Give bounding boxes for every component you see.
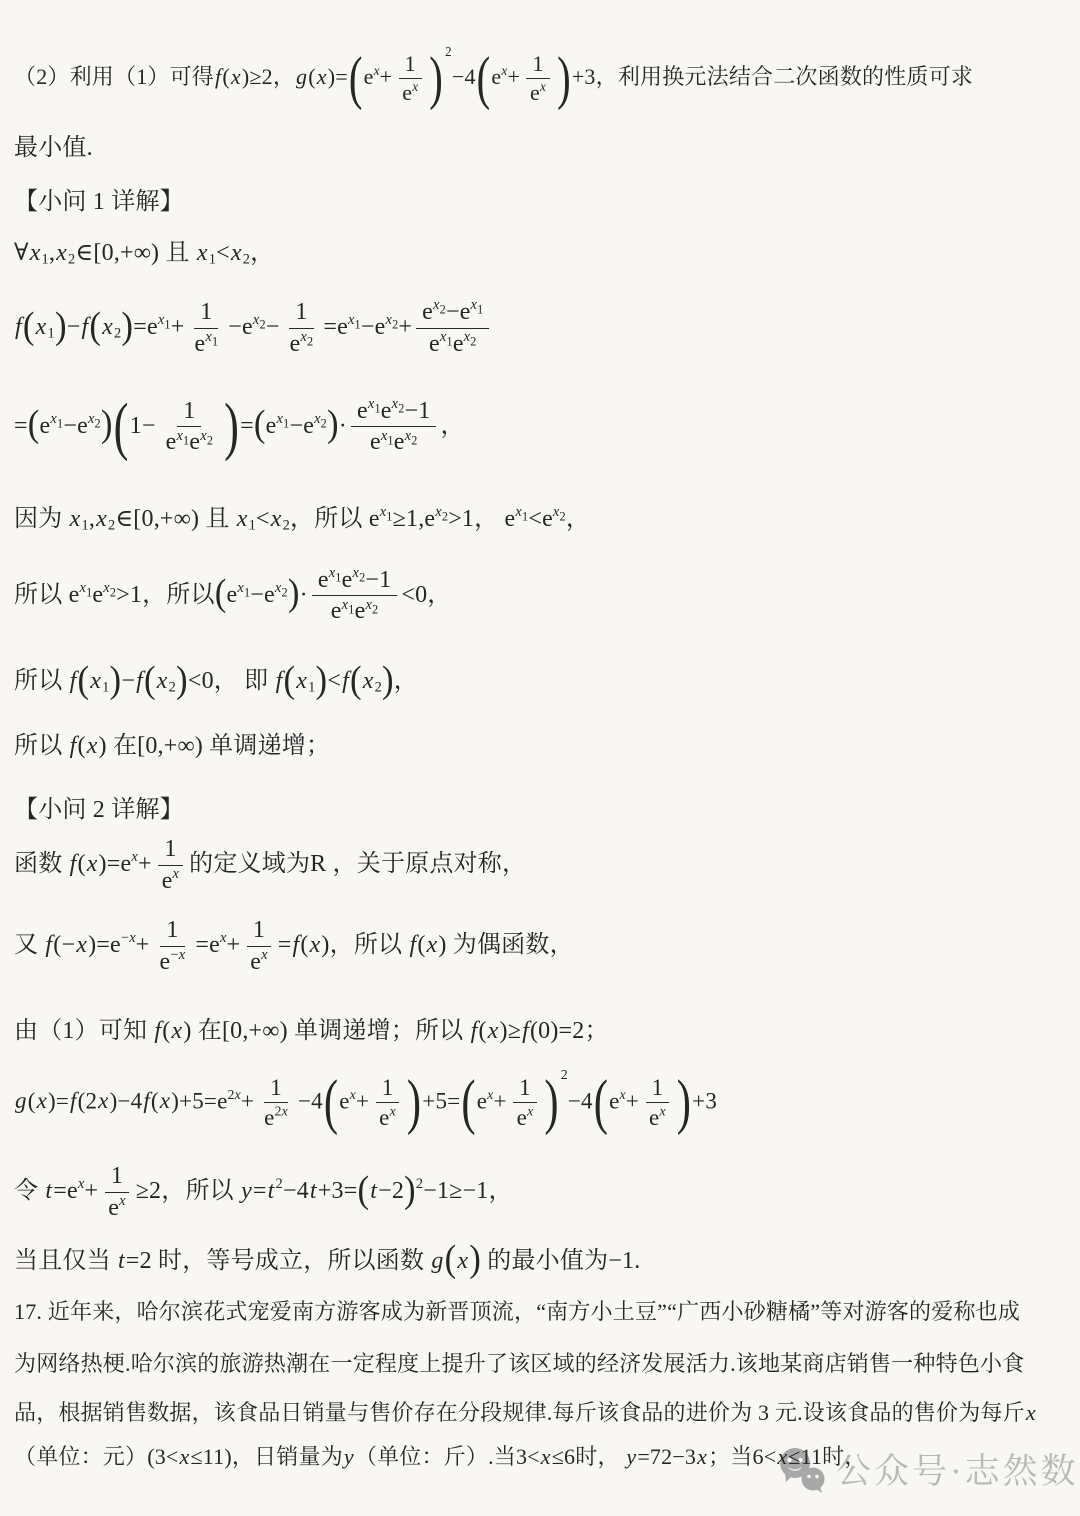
math-token: x (173, 866, 180, 882)
math-token: 在[0,+∞) 单调递增；所以 (192, 1018, 470, 1044)
math-token: x (160, 1088, 170, 1113)
math-token: − (361, 314, 375, 340)
denominator: ex1ex2 (423, 329, 483, 360)
fraction: 1ex (511, 1073, 540, 1133)
math-token: x1 (342, 597, 355, 613)
math-token: x2 (300, 329, 313, 345)
math-token: , (49, 240, 55, 266)
math-token: f (292, 932, 299, 958)
denominator: ex (156, 866, 185, 897)
denominator: ex (102, 1193, 131, 1224)
math-token: x (157, 668, 168, 694)
math-token: x (103, 580, 110, 596)
solution-line: 函数 f(x)=ex+1ex的定义域为R ，关于原点对称， (14, 834, 1068, 897)
big-right-paren: ) (557, 58, 571, 99)
math-token: 的定义域为R ，关于原点对称， (189, 851, 526, 877)
math-token: x2 (392, 396, 405, 412)
big-right-paren: ) (382, 665, 394, 695)
big-right-paren: ) (288, 578, 300, 608)
numerator: 1 (376, 1073, 400, 1104)
math-token: e (67, 1178, 78, 1204)
math-token: x (237, 506, 248, 532)
math-token: x2 (405, 428, 418, 444)
math-token: e (460, 299, 471, 325)
math-token: − (67, 314, 81, 340)
numerator: ex1ex2−1 (312, 565, 398, 597)
math-token: x (275, 580, 282, 596)
math-token: − (121, 668, 135, 694)
numerator: 1 (177, 396, 201, 428)
math-token: )= (99, 851, 121, 877)
math-token: e (453, 331, 464, 357)
math-token: +5= (422, 1088, 460, 1113)
math-token: x (540, 79, 546, 94)
math-token: x1 (205, 329, 218, 345)
math-token: 2 (243, 251, 250, 267)
big-left-paren: ( (254, 409, 266, 439)
method-note-line-1: （2）利用（1）可得f(x)≥2，g(x)=(ex+1ex)2−4(ex+1ex… (14, 50, 1068, 108)
numerator: 1 (160, 915, 184, 947)
math-token: e (266, 412, 277, 438)
problem-17-line: 品，根据销售数据，该食品日销量与售价存在分段规律.每斤该食品的进价为 3 元.设… (14, 1398, 1068, 1428)
math-token: ， (250, 240, 274, 266)
math-token: e (609, 1088, 619, 1113)
math-token: 1 (209, 251, 216, 267)
math-token: x (119, 1193, 126, 1209)
math-token: < (528, 506, 542, 532)
math-token: x (1026, 1400, 1036, 1425)
math-token: = (240, 412, 254, 438)
solution-line: 所以 f(x1)−f(x2)<0， 即 f(x1)<f(x2)， (14, 665, 1068, 697)
solution-line: ∀x1,x2∈[0,+∞) 且 x1<x2， (14, 237, 1068, 269)
fraction: 1ex1ex2 (160, 396, 220, 459)
math-token: x (296, 668, 307, 694)
math-token: <0， 即 (188, 668, 275, 694)
math-token: + (171, 314, 185, 340)
math-token: 1 (295, 299, 307, 325)
math-token: 1 (48, 325, 55, 341)
denominator: ex (511, 1103, 540, 1133)
big-left-paren: ( (89, 310, 101, 340)
math-token: 2 (276, 1176, 283, 1192)
math-token: 1 (183, 398, 195, 424)
math-token: x (88, 411, 95, 427)
math-token: x (70, 506, 81, 532)
fraction: ex1ex2−1ex1ex2 (312, 565, 398, 628)
solution-line: 所以 ex1ex2>1，所以(ex1−ex2)·ex1ex2−1ex1ex2<0… (14, 565, 1068, 628)
big-right-paren: ) (544, 1081, 558, 1124)
math-token: t (118, 1248, 125, 1274)
numerator: 1 (289, 297, 313, 329)
math-token: e (290, 331, 301, 357)
numerator: 1 (194, 297, 218, 329)
document-page: 公众号·志然数 （2）利用（1）可得f(x)≥2，g(x)=(ex+1ex)2−… (0, 0, 1080, 1516)
numerator: 1 (105, 1161, 129, 1193)
math-token: e (69, 581, 80, 607)
math-token: 最小值. (14, 135, 93, 161)
math-token: 由（1）可知 (14, 1018, 153, 1044)
numerator: 1 (247, 915, 271, 947)
math-token: = (278, 932, 292, 958)
math-token: e (491, 64, 501, 89)
math-token: < (256, 506, 270, 532)
math-token: ) (438, 932, 446, 958)
math-token: − (170, 947, 178, 963)
math-token: ，所以 (330, 932, 409, 958)
big-left-paren: ( (350, 665, 362, 695)
fraction: ex1ex2−1ex1ex2 (351, 396, 437, 459)
math-token: g (431, 1248, 443, 1274)
math-token: x2 (275, 580, 288, 596)
math-token: − (228, 314, 242, 340)
math-token: +3，利用换元法结合二次函数的性质可求 (572, 64, 973, 89)
math-token: e (342, 567, 353, 593)
math-token: x (363, 668, 374, 694)
denominator: ex (524, 79, 552, 107)
math-token: 2 (307, 334, 313, 348)
math-token: x1 (237, 580, 250, 596)
math-token: e (250, 949, 261, 975)
math-token: 1 (519, 1075, 531, 1100)
math-token: f (471, 1018, 478, 1044)
big-left-paren: ( (77, 665, 89, 695)
math-token: x (220, 930, 227, 946)
math-token: x2 (464, 329, 477, 345)
math-token: e (108, 1195, 119, 1221)
big-left-paren: ( (283, 665, 295, 695)
denominator: ex (244, 947, 273, 978)
math-token: e (242, 314, 253, 340)
math-token: , (89, 506, 95, 532)
fraction: 1ex1 (189, 297, 225, 360)
math-token: ) (321, 932, 329, 958)
fraction: 1ex (643, 1073, 672, 1133)
denominator: ex (643, 1103, 672, 1133)
math-token: e (217, 1088, 227, 1113)
math-token: x (200, 428, 207, 444)
math-token: =2 时，等号成立，所以函数 (126, 1248, 431, 1274)
math-token: − (266, 314, 280, 340)
math-token: e (517, 1105, 527, 1130)
fraction: ex2−ex1ex1ex2 (416, 297, 489, 360)
big-right-paren: ) (327, 409, 339, 439)
math-token: x (515, 504, 522, 520)
math-token: − (289, 412, 303, 438)
math-token: )+5= (171, 1088, 217, 1113)
math-token: 1 (111, 1163, 123, 1189)
math-token: f (136, 668, 143, 694)
big-left-paren: ( (215, 578, 227, 608)
math-token: −4 (568, 1088, 593, 1113)
math-token: 2 (372, 602, 378, 616)
math-token: x (76, 932, 87, 958)
math-token: 2 (114, 325, 121, 341)
math-token: x (348, 312, 355, 328)
math-token: x (56, 240, 67, 266)
math-token: x1 (380, 504, 393, 520)
math-token: 2x (228, 1087, 241, 1102)
math-token: x2 (314, 411, 327, 427)
math-token: x2 (433, 297, 446, 313)
math-token: f (15, 314, 22, 340)
math-token: x (220, 930, 227, 946)
math-token: 所以 (14, 668, 69, 694)
math-token: x (435, 504, 442, 520)
math-token: + (398, 314, 412, 340)
math-token: x (98, 1088, 108, 1113)
math-token: −4 (283, 1178, 309, 1204)
math-token: e (77, 412, 88, 438)
math-token: ( (417, 932, 425, 958)
math-token: ；当6< (708, 1444, 776, 1469)
math-token: e (477, 1088, 487, 1113)
math-token: −x (121, 930, 136, 946)
math-token: f (154, 1018, 161, 1044)
big-right-paren: ) (407, 1081, 421, 1124)
math-token: x (659, 1104, 665, 1119)
math-token: x (197, 240, 208, 266)
math-token: 1 (249, 518, 256, 534)
math-token: x (171, 1018, 182, 1044)
math-token: + (507, 64, 520, 89)
math-token: x (412, 79, 418, 94)
fraction: 1e−x (154, 915, 192, 978)
math-token: e (429, 331, 440, 357)
math-token: x (237, 580, 244, 596)
math-token: + (356, 1088, 369, 1113)
problem-17-line: （单位：元）(3<x≤11)，日销量为y（单位：斤）.当3<x≤6时， y=72… (14, 1442, 1068, 1472)
math-token: 2 (169, 680, 176, 696)
math-token: x (553, 504, 560, 520)
denominator: ex (373, 1103, 402, 1133)
math-token: −x (170, 947, 185, 963)
solution-lines: （2）利用（1）可得f(x)≥2，g(x)=(ex+1ex)2−4(ex+1ex… (0, 0, 1080, 1472)
math-token: x (131, 849, 138, 865)
math-token: e (339, 1088, 349, 1113)
math-token: x1 (471, 297, 484, 313)
math-token: e (375, 314, 386, 340)
math-token: e (264, 1105, 274, 1130)
math-token: e (364, 64, 374, 89)
math-token: x (777, 1444, 787, 1469)
math-token: e (166, 429, 177, 455)
math-token: t (45, 1178, 52, 1204)
math-token: −4 (298, 1088, 323, 1113)
math-token: 1 (164, 836, 176, 862)
math-token: y (344, 1444, 354, 1469)
solution-line: =(ex1−ex2)(1−1ex1ex2)=(ex1−ex2)·ex1ex2−1… (14, 396, 1068, 459)
math-token: f (45, 932, 52, 958)
math-token: 1 (652, 1075, 664, 1100)
fraction: 1ex (524, 50, 552, 108)
math-token: x (310, 932, 321, 958)
math-token: x (90, 668, 101, 694)
math-token: = (133, 314, 147, 340)
math-token: e (147, 314, 158, 340)
math-token: e (227, 581, 238, 607)
math-token: f (215, 64, 221, 89)
denominator: ex1ex2 (325, 596, 385, 627)
math-token: ∈[0,+∞) 且 (75, 240, 195, 266)
math-token: x2 (553, 504, 566, 520)
big-left-paren: ( (445, 1244, 457, 1274)
denominator: ex1ex2 (364, 427, 424, 458)
denominator: ex (396, 79, 424, 107)
math-token: (2 (78, 1088, 98, 1113)
denominator: ex1 (189, 329, 225, 360)
math-token: x (390, 1104, 396, 1119)
math-token: x1 (50, 411, 63, 427)
math-token: x (659, 1104, 665, 1119)
big-right-paren: ) (121, 310, 133, 340)
math-token: x (412, 79, 418, 94)
math-token: = (323, 314, 337, 340)
math-token: ) (99, 733, 107, 759)
math-token: (0)=2； (530, 1018, 609, 1044)
math-token: f (70, 851, 77, 877)
math-token: f (522, 1018, 529, 1044)
math-token: x (427, 932, 438, 958)
math-token: f (342, 668, 349, 694)
math-token: ， (566, 506, 590, 532)
math-token: x (317, 64, 327, 89)
math-token: e (379, 1105, 389, 1130)
math-token: >1， (448, 506, 504, 532)
math-token: · (339, 412, 347, 438)
numerator: 1 (513, 1073, 537, 1104)
math-token: 1 (477, 302, 483, 316)
big-right-paren: ) (316, 665, 328, 695)
math-token: = (195, 932, 209, 958)
math-token: x2 (88, 411, 101, 427)
big-left-paren: ( (357, 1175, 369, 1205)
math-token: ( (300, 932, 308, 958)
math-token: 1 (382, 1075, 394, 1100)
math-token: + (626, 1088, 639, 1113)
section-heading-q2: 【小问 2 详解】 (14, 794, 1068, 826)
math-token: t (370, 1178, 377, 1204)
math-token: f (70, 733, 77, 759)
math-token: t (268, 1178, 275, 1204)
math-token: 品，根据销售数据，该食品日销量与售价存在分段规律.每斤该食品的进价为 3 元.设… (14, 1400, 1025, 1425)
math-token: ，所以 (290, 506, 369, 532)
math-token: 又 (14, 932, 44, 958)
math-token: + (380, 64, 393, 89)
method-note-line-2: 最小值. (14, 132, 1068, 164)
math-token: 2 (470, 334, 476, 348)
big-left-paren: ( (28, 409, 40, 439)
math-token: x1 (368, 396, 381, 412)
math-token: x2 (103, 580, 116, 596)
math-token: x (261, 947, 268, 963)
math-token: x (282, 1104, 288, 1119)
math-token: )≥ (500, 1018, 522, 1044)
section-heading-q1: 【小问 1 详解】 (14, 186, 1068, 218)
math-token: e (92, 581, 103, 607)
math-token: − (63, 412, 77, 438)
math-token: 【小问 1 详解】 (14, 189, 184, 215)
math-token: 1− (130, 412, 156, 438)
math-token: g (15, 1088, 27, 1113)
solution-line: f(x1)−f(x2)=ex1+1ex1−ex2−1ex2=ex1−ex2+ex… (14, 297, 1068, 360)
math-token: ≤6时， (552, 1444, 626, 1469)
numerator: ex2−ex1 (416, 297, 489, 329)
math-token: 1 (212, 334, 218, 348)
math-token: x (102, 314, 113, 340)
math-token: ( (28, 1088, 36, 1113)
math-token: e (337, 314, 348, 340)
math-token: e (370, 429, 381, 455)
math-token: (− (53, 932, 75, 958)
solution-line: 因为 x1,x2∈[0,+∞) 且 x1<x2，所以 ex1≥1,ex2>1， … (14, 503, 1068, 535)
math-token: +3 (692, 1088, 717, 1113)
math-token: 2 (275, 1104, 282, 1119)
math-token: （单位：斤）.当3< (355, 1444, 540, 1469)
math-token: −4 (452, 64, 476, 89)
math-token: f (81, 314, 88, 340)
solution-line: 又 f(−x)=e−x+1e−x=ex+1ex=f(x)，所以 f(x) 为偶函… (14, 915, 1068, 978)
math-token: 【小问 2 详解】 (14, 797, 184, 823)
math-token: x (129, 930, 136, 946)
math-token: ， (440, 412, 464, 438)
math-token: e (381, 398, 392, 424)
math-token: 17. 近年来，哈尔滨花式宠爱南方游客成为新晋顶流，“南方小土豆”“广西小砂糖橘… (14, 1299, 1020, 1324)
math-token: x (87, 851, 98, 877)
math-token: f (409, 932, 416, 958)
math-token: )−4 (110, 1088, 143, 1113)
solution-line: 当且仅当 t=2 时，等号成立，所以函数 g(x) 的最小值为−1. (14, 1245, 1068, 1277)
math-token: ( (77, 851, 85, 877)
problem-17-line: 17. 近年来，哈尔滨花式宠爱南方游客成为新晋顶流，“南方小土豆”“广西小砂糖橘… (14, 1297, 1068, 1327)
math-token: e (303, 412, 314, 438)
fraction: 1ex (396, 50, 424, 108)
math-token: = (14, 412, 28, 438)
math-token: e (394, 429, 405, 455)
math-token: f (70, 1088, 77, 1113)
math-token: ， (394, 668, 418, 694)
big-left-paren: ( (594, 1081, 608, 1124)
big-right-paren: ) (429, 58, 443, 99)
math-token: 2 (411, 433, 417, 447)
math-token: +3= (318, 1178, 358, 1204)
math-token: 2x (275, 1104, 288, 1119)
math-token: + (493, 1088, 506, 1113)
math-token: e (649, 1105, 659, 1130)
math-token: x (180, 1444, 190, 1469)
math-token: e (505, 506, 516, 532)
math-token: 的最小值为−1. (481, 1248, 640, 1274)
math-token: ( (151, 1088, 159, 1113)
numerator: 1 (646, 1073, 670, 1104)
math-token: )≥2， (242, 64, 295, 89)
math-token: t (310, 1178, 317, 1204)
fraction: 1ex (102, 1161, 131, 1224)
big-left-paren: ( (349, 58, 363, 99)
big-left-paren: ( (144, 665, 156, 695)
math-token: 当且仅当 (14, 1248, 117, 1274)
math-token: x (231, 64, 241, 89)
math-token: ≤11时， (788, 1444, 866, 1469)
math-token: 2 (445, 44, 452, 59)
fraction: 1ex (373, 1073, 402, 1133)
big-left-paren: ( (114, 404, 129, 449)
math-token: e (40, 412, 51, 438)
math-token: x (433, 297, 440, 313)
math-token: x1 (348, 312, 361, 328)
math-token: )= (48, 1088, 69, 1113)
math-token: − (446, 299, 460, 325)
math-token: 1 (308, 680, 315, 696)
